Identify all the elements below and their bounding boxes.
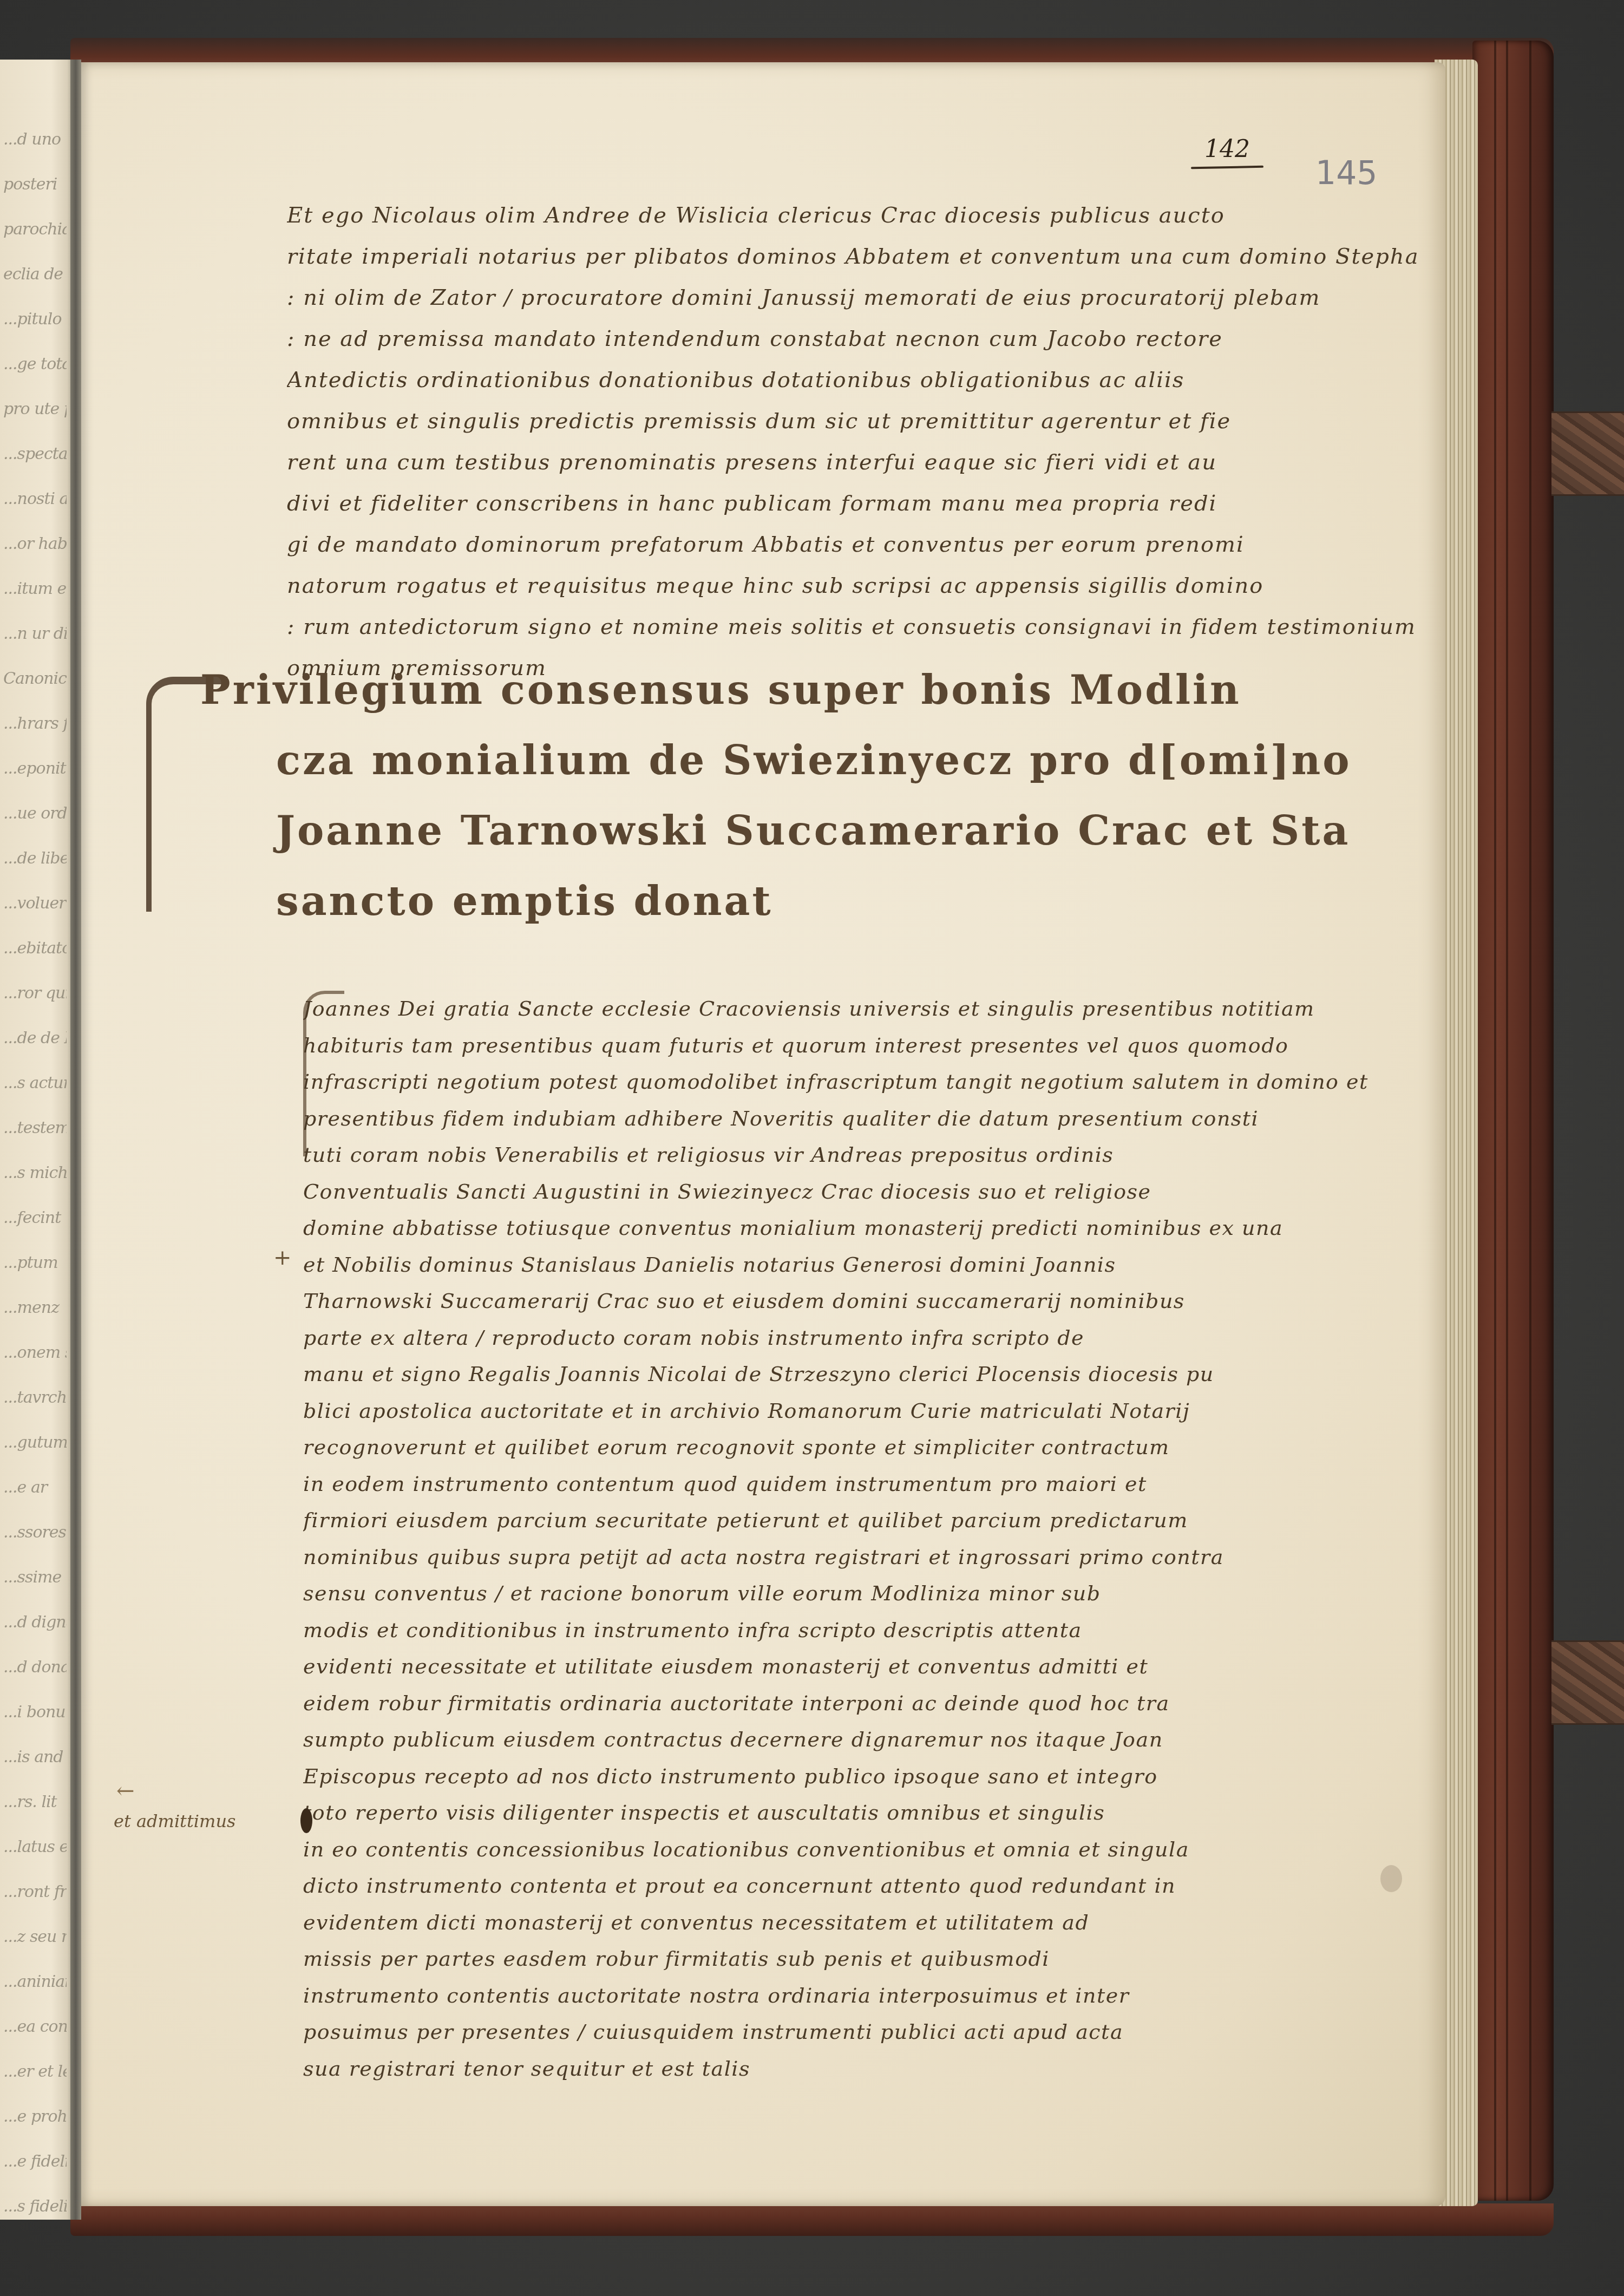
text-line: et Nobilis dominus Stanislaus Danielis n… bbox=[303, 1247, 1445, 1284]
facing-page-line: Canonicis bbox=[3, 669, 67, 688]
facing-page-line: ...ebitato bbox=[3, 939, 67, 958]
facing-page-line: ...voluere and: bbox=[3, 894, 67, 913]
facing-page-line: ...eponit nisi bbox=[3, 759, 67, 778]
facing-page-line: ...er et lecti bbox=[3, 2062, 67, 2081]
facing-page-line: ...ea conventui: bbox=[3, 2017, 67, 2036]
facing-page-line: ...menz bbox=[3, 1298, 67, 1317]
facing-page-line: ...aniniaie bbox=[3, 1972, 67, 1991]
heading-line: Joanne Tarnowski Succamerario Crac et St… bbox=[200, 796, 1391, 866]
facing-page-line: ...ssime bbox=[3, 1568, 67, 1587]
ink-blot bbox=[300, 1808, 312, 1833]
text-line: recognoverunt et quilibet eorum recognov… bbox=[303, 1429, 1445, 1466]
text-line: evidentem dicti monasterij et conventus … bbox=[303, 1905, 1445, 1941]
facing-page-line: ...or haberet bbox=[3, 534, 67, 553]
text-line: rent una cum testibus prenominatis prese… bbox=[287, 442, 1451, 483]
heading-line: sancto emptis donat bbox=[200, 866, 1391, 937]
folio-number-ink: 142 bbox=[1204, 135, 1250, 163]
text-line: : ni olim de Zator / procuratore domini … bbox=[287, 277, 1451, 318]
text-line: sumpto publicum eiusdem contractus decer… bbox=[303, 1722, 1445, 1758]
facing-page-line: ...gutum bbox=[3, 1433, 67, 1452]
blind-tooled-rule bbox=[1529, 41, 1531, 2201]
facing-page-line: ...s actum bbox=[3, 1074, 67, 1093]
text-line: modis et conditionibus in instrumento in… bbox=[303, 1612, 1445, 1649]
rubric-heading: Privilegium consensus super bonis Modlin… bbox=[200, 655, 1391, 937]
text-line: parte ex altera / reproducto coram nobis… bbox=[303, 1320, 1445, 1357]
facing-page-line: ...i bonum bbox=[3, 1703, 67, 1722]
text-line: firmiori eiusdem parcium securitate peti… bbox=[303, 1502, 1445, 1539]
facing-page-line: ...tavrch bbox=[3, 1388, 67, 1407]
facing-page-line: ...s fideliter bbox=[3, 2197, 67, 2216]
text-line: presentibus fidem indubiam adhibere Nove… bbox=[303, 1101, 1445, 1137]
heading-line: cza monialium de Swiezinyecz pro d[omi]n… bbox=[200, 725, 1391, 796]
text-line: sua registrari tenor sequitur et est tal… bbox=[303, 2051, 1445, 2088]
margin-note-admittimus: et admittimus bbox=[114, 1811, 235, 1831]
facing-page-line: ...e prohibiti bbox=[3, 2107, 67, 2126]
facing-page-line: ...ssores bbox=[3, 1523, 67, 1542]
facing-page-line: ...ror quisquam bbox=[3, 984, 67, 1003]
facing-page-line: ...de de Da bbox=[3, 1029, 67, 1048]
text-line: nominibus quibus supra petijt ad acta no… bbox=[303, 1539, 1445, 1576]
facing-page-line: ...z seu mi bbox=[3, 1927, 67, 1946]
text-line: gi de mandato dominorum prefatorum Abbat… bbox=[287, 524, 1451, 565]
facing-page-line: ...d uno bbox=[3, 130, 67, 149]
clasp-strap-lower bbox=[1551, 1640, 1624, 1725]
charter-text-block: Joannes Dei gratia Sancte ecclesie Craco… bbox=[303, 991, 1445, 2087]
text-line: habituris tam presentibus quam futuris e… bbox=[303, 1028, 1445, 1064]
text-line: tuti coram nobis Venerabilis et religios… bbox=[303, 1137, 1445, 1174]
facing-page-line: ...is and bbox=[3, 1748, 67, 1767]
leather-binding-spine bbox=[1472, 41, 1554, 2201]
text-line: omnibus et singulis predictis premissis … bbox=[287, 401, 1451, 442]
facing-page-line: ...fecint bbox=[3, 1208, 67, 1227]
text-line: instrumento contentis auctoritate nostra… bbox=[303, 1978, 1445, 2014]
facing-page-line: ...ront fratre bbox=[3, 1882, 67, 1901]
facing-page-line: ...ptum bbox=[3, 1253, 67, 1272]
text-line: evidenti necessitate et utilitate eiusde… bbox=[303, 1649, 1445, 1685]
clasp-strap-upper bbox=[1551, 411, 1624, 496]
book-gutter bbox=[70, 60, 81, 2220]
text-line: Joannes Dei gratia Sancte ecclesie Craco… bbox=[303, 991, 1445, 1028]
text-line: blici apostolica auctoritate et in archi… bbox=[303, 1393, 1445, 1430]
blind-tooled-rule bbox=[1506, 41, 1508, 2201]
text-line: in eodem instrumento contentum quod quid… bbox=[303, 1466, 1445, 1503]
facing-page-left: ...d unoposteriparochiaeclia de...pitulo… bbox=[0, 60, 73, 2220]
facing-page-line: ...hrars funda bbox=[3, 714, 67, 733]
facing-page-line: ...d dignas bbox=[3, 1613, 67, 1632]
facing-page-line: eclia de bbox=[3, 265, 67, 284]
facing-page-line: pro ute pa bbox=[3, 400, 67, 418]
facing-page-line: parochia bbox=[3, 220, 67, 239]
text-line: divi et fideliter conscribens in hanc pu… bbox=[287, 483, 1451, 524]
facing-page-line: ...onem sen bbox=[3, 1343, 67, 1362]
facing-page-line: ...itum et bbox=[3, 579, 67, 598]
binding-bottom-edge bbox=[70, 2203, 1554, 2236]
facing-page-line: ...de libertatis bbox=[3, 849, 67, 868]
text-line: natorum rogatus et requisitus meque hinc… bbox=[287, 565, 1451, 606]
notarial-attestation-block: Et ego Nicolaus olim Andree de Wislicia … bbox=[287, 195, 1451, 689]
facing-page-line: ...rs. lit bbox=[3, 1793, 67, 1811]
facing-page-line: ...nosti ad dictam bbox=[3, 489, 67, 508]
facing-page-line: ...s mich bbox=[3, 1163, 67, 1182]
text-line: domine abbatisse totiusque conventus mon… bbox=[303, 1210, 1445, 1247]
facing-page-line: ...n ur dicti bbox=[3, 624, 67, 643]
facing-page-line: ...d donari bbox=[3, 1658, 67, 1677]
text-line: dicto instrumento contenta et prout ea c… bbox=[303, 1868, 1445, 1905]
text-line: Conventualis Sancti Augustini in Swiezin… bbox=[303, 1174, 1445, 1211]
text-line: manu et signo Regalis Joannis Nicolai de… bbox=[303, 1356, 1445, 1393]
binding-top-edge bbox=[70, 38, 1554, 65]
margin-cross-mark: + bbox=[273, 1245, 292, 1270]
text-line: eidem robur firmitatis ordinaria auctori… bbox=[303, 1685, 1445, 1722]
text-line: : ne ad premissa mandato intendendum con… bbox=[287, 318, 1451, 359]
text-line: Episcopus recepto ad nos dicto instrumen… bbox=[303, 1758, 1445, 1795]
facing-page-line: ...pitulo an: bbox=[3, 310, 67, 329]
text-line: Tharnowski Succamerarij Crac suo et eius… bbox=[303, 1283, 1445, 1320]
facing-page-line: ...e ar bbox=[3, 1478, 67, 1497]
text-line: Antedictis ordinationibus donationibus d… bbox=[287, 359, 1451, 401]
heading-line: Privilegium consensus super bonis Modlin bbox=[200, 655, 1391, 725]
text-line: missis per partes easdem robur firmitati… bbox=[303, 1941, 1445, 1978]
facing-page-line: ...e fideliter bbox=[3, 2152, 67, 2171]
facing-page-line: posteri bbox=[3, 175, 67, 194]
facing-page-line: ...spectat et bbox=[3, 444, 67, 463]
facing-page-line: ...latus et dict bbox=[3, 1837, 67, 1856]
text-line: toto reperto visis diligenter inspectis … bbox=[303, 1795, 1445, 1831]
blind-tooled-rule bbox=[1494, 41, 1496, 2201]
text-line: ritate imperiali notarius per plibatos d… bbox=[287, 236, 1451, 277]
facing-page-line: ...testem bbox=[3, 1118, 67, 1137]
folio-number-pencil: 145 bbox=[1315, 154, 1378, 192]
text-line: Et ego Nicolaus olim Andree de Wislicia … bbox=[287, 195, 1451, 236]
margin-arrow-mark: ← bbox=[116, 1778, 135, 1803]
text-line: in eo contentis concessionibus locationi… bbox=[303, 1831, 1445, 1868]
text-line: posuimus per presentes / cuiusquidem ins… bbox=[303, 2014, 1445, 2051]
text-line: infrascripti negotium potest quomodolibe… bbox=[303, 1064, 1445, 1101]
text-line: sensu conventus / et racione bonorum vil… bbox=[303, 1575, 1445, 1612]
facing-page-line: ...ge totam bbox=[3, 355, 67, 374]
facing-page-line: ...ue ordinis bbox=[3, 804, 67, 823]
text-line: : rum antedictorum signo et nomine meis … bbox=[287, 606, 1451, 647]
